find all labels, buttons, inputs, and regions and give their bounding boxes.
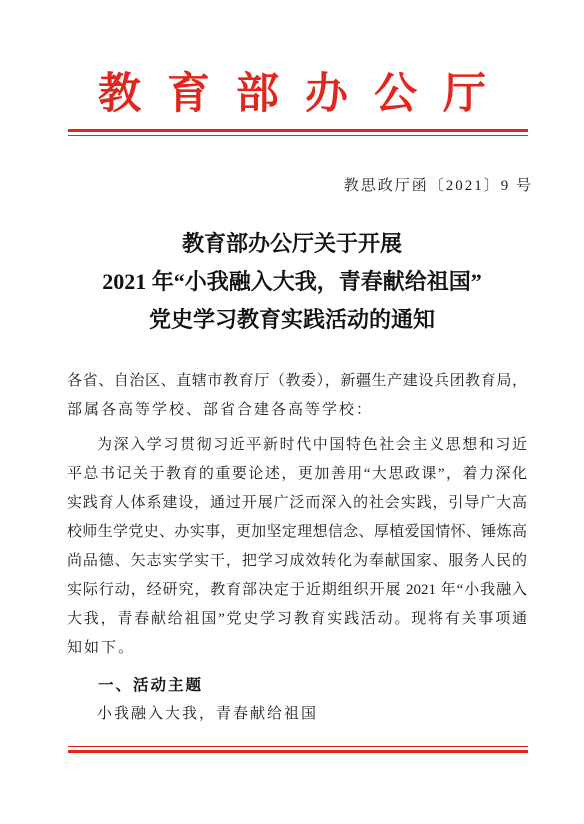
salutation-line2: 部属各高等学校、部省合建各高等学校： bbox=[67, 396, 527, 425]
paragraph-line: 实际行动，经研究，教育部决定于近期组织开展 2021 年“小我融入 bbox=[67, 576, 527, 605]
letterhead-agency-name: 教育部办公厅 bbox=[0, 0, 584, 119]
document-title-line3: 党史学习教育实践活动的通知 bbox=[0, 301, 584, 339]
paragraph-line: 知如下。 bbox=[67, 634, 527, 663]
paragraph-line: 实践育人体系建设，通过开展广泛而深入的社会实践，引导广大高 bbox=[67, 489, 527, 518]
salutation-line1: 各省、自治区、直辖市教育厅（教委），新疆生产建设兵团教育局， bbox=[67, 367, 527, 396]
red-divider-top bbox=[68, 129, 528, 136]
paragraph-line: 大我，青春献给祖国”党史学习教育实践活动。现将有关事项通 bbox=[67, 605, 527, 634]
body-paragraph: 为深入学习贯彻习近平新时代中国特色社会主义思想和习近 平总书记关于教育的重要论述… bbox=[67, 431, 527, 663]
divider-top-thick-line bbox=[68, 129, 528, 132]
document-page: 教育部办公厅 教思政厅函〔2021〕9 号 教育部办公厅关于开展 2021 年“… bbox=[0, 0, 584, 824]
document-title: 教育部办公厅关于开展 2021 年“小我融入大我，青春献给祖国” 党史学习教育实… bbox=[0, 225, 584, 339]
divider-bottom-thick-line bbox=[68, 750, 528, 753]
document-title-line1: 教育部办公厅关于开展 bbox=[0, 225, 584, 263]
document-body: 各省、自治区、直辖市教育厅（教委），新疆生产建设兵团教育局， 部属各高等学校、部… bbox=[67, 367, 527, 729]
section-1-content: 小我融入大我，青春献给祖国 bbox=[67, 700, 527, 729]
divider-top-thin-line bbox=[68, 135, 528, 136]
document-title-line2: 2021 年“小我融入大我，青春献给祖国” bbox=[0, 263, 584, 301]
paragraph-line: 尚品德、矢志实学实干，把学习成效转化为奉献国家、服务人民的 bbox=[67, 547, 527, 576]
section-1-heading: 一、活动主题 bbox=[67, 671, 527, 700]
document-reference-number: 教思政厅函〔2021〕9 号 bbox=[0, 172, 584, 201]
paragraph-line: 校师生学党史、办实事，更加坚定理想信念、厚植爱国情怀、锤炼高 bbox=[67, 518, 527, 547]
red-divider-bottom bbox=[68, 746, 528, 753]
paragraph-line: 为深入学习贯彻习近平新时代中国特色社会主义思想和习近 bbox=[67, 431, 527, 460]
paragraph-line: 平总书记关于教育的重要论述，更加善用“大思政课”，着力深化 bbox=[67, 460, 527, 489]
divider-bottom-thin-line bbox=[68, 746, 528, 747]
salutation: 各省、自治区、直辖市教育厅（教委），新疆生产建设兵团教育局， 部属各高等学校、部… bbox=[67, 367, 527, 425]
